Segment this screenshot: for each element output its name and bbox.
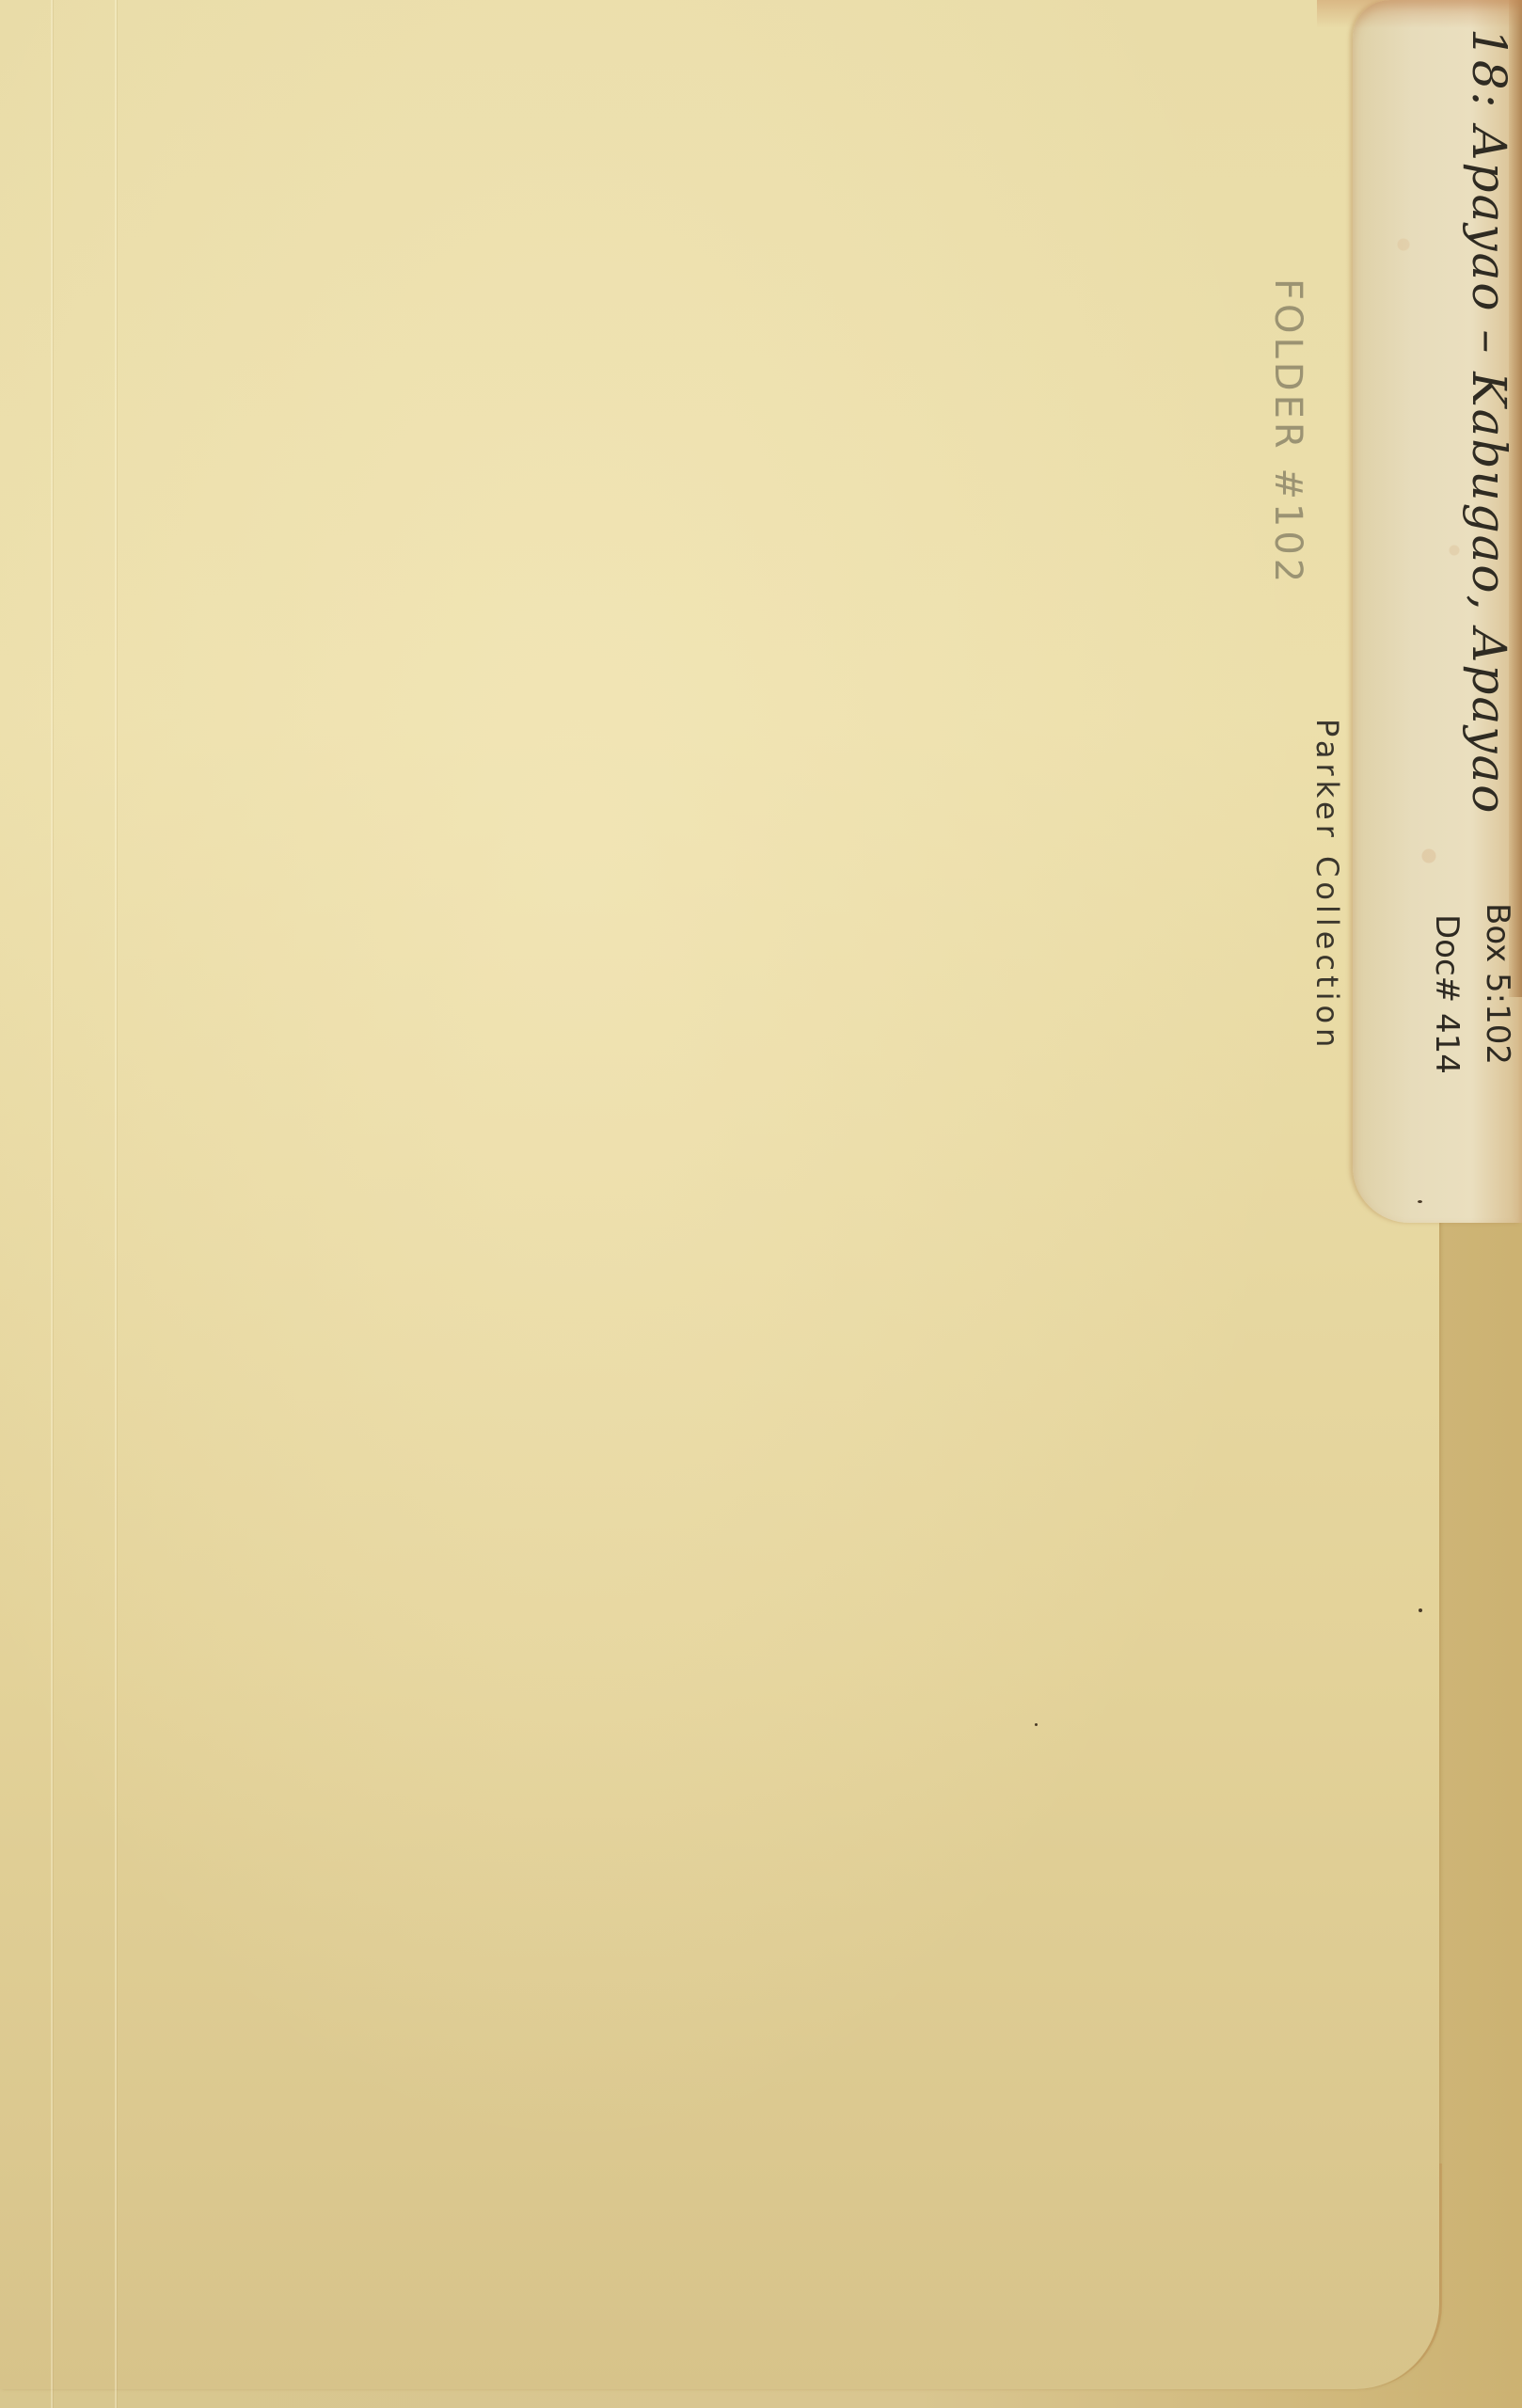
box-number-label: Box 5:102 (1479, 903, 1516, 1065)
folder-front-panel (0, 0, 1439, 2389)
collection-label: Parker Collection (1309, 719, 1345, 1052)
speck (1418, 1200, 1422, 1203)
tab-title-handwriting: 18: Apayao – Kabugao, Apayao (1462, 28, 1516, 815)
speck (1035, 1723, 1038, 1726)
score-line (51, 0, 53, 2408)
folder-cutout-edge (1317, 2163, 1442, 2389)
stain (1317, 0, 1522, 28)
speck (1419, 1608, 1422, 1612)
folder-number-label: FOLDER #102 (1266, 278, 1309, 586)
document-number-label: Doc# 414 (1428, 914, 1466, 1074)
score-line (115, 0, 117, 2408)
